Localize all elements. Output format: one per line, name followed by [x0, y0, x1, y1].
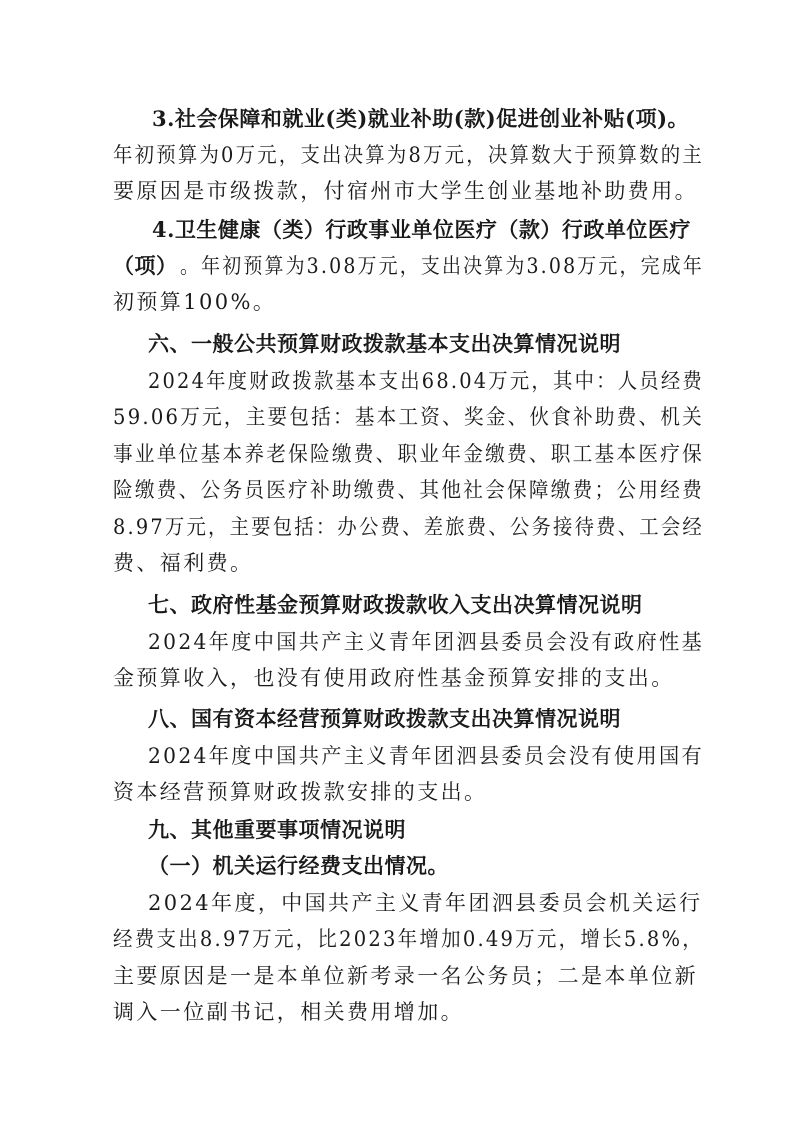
paragraph-line: 要原因是市级拨款，付宿州市大学生创业基地补助费用。: [113, 177, 698, 205]
paragraph-line: 初预算100%。: [113, 288, 276, 316]
paragraph-line: 2024年度，中国共产主义青年团泗县委员会机关运行: [148, 889, 702, 917]
paragraph-line: 年初预算为0万元，支出决算为8万元，决算数大于预算数的主: [113, 141, 704, 169]
paragraph-line: 金预算收入，也没有使用政府性基金预算安排的支出。: [113, 664, 675, 692]
heading-line: 六、一般公共预算财政拨款基本支出决算情况说明: [148, 330, 621, 358]
heading-line: 九、其他重要事项情况说明: [148, 816, 406, 844]
paragraph-line: 主要原因是一是本单位新考录一名公务员；二是本单位新: [113, 962, 698, 990]
paragraph-line: 8.97万元，主要包括：办公费、差旅费、公务接待费、工会经: [113, 513, 704, 541]
heading-line: 八、国有资本经营预算财政拨款支出决算情况说明: [148, 705, 621, 733]
paragraph-line: 。年初预算为3.08万元，支出决算为3.08万元，完成年: [180, 252, 704, 280]
paragraph-line: 事业单位基本养老保险缴费、职业年金缴费、职工基本医疗保: [113, 440, 704, 468]
paragraph-line: 险缴费、公务员医疗补助缴费、其他社会保障缴费；公用经费: [113, 476, 704, 504]
paragraph-line: 资本经营预算财政拨款安排的支出。: [113, 778, 487, 806]
paragraph-line: 2024年度中国共产主义青年团泗县委员会没有使用国有: [148, 742, 704, 770]
heading-line: （一）机关运行经费支出情况。: [148, 852, 449, 880]
heading-line: 3.社会保障和就业(类)就业补助(款)促进创业补贴(项)。: [152, 105, 689, 133]
paragraph-line: 费、福利费。: [113, 549, 253, 577]
paragraph-line: 调入一位副书记，相关费用增加。: [113, 998, 464, 1026]
paragraph-line: 2024年度财政拨款基本支出68.04万元，其中：人员经费: [148, 367, 704, 395]
heading-line: 4.卫生健康（类）行政事业单位医疗（款）行政单位医疗: [152, 216, 691, 244]
paragraph-line: 经费支出8.97万元，比2023年增加0.49万元，增长5.8%，: [113, 925, 704, 953]
paragraph-line: 2024年度中国共产主义青年团泗县委员会没有政府性基: [148, 628, 704, 656]
paragraph-line: 59.06万元，主要包括：基本工资、奖金、伙食补助费、机关: [113, 403, 704, 431]
heading-line: 七、政府性基金预算财政拨款收入支出决算情况说明: [148, 591, 643, 619]
heading-line: （项）: [113, 252, 178, 280]
